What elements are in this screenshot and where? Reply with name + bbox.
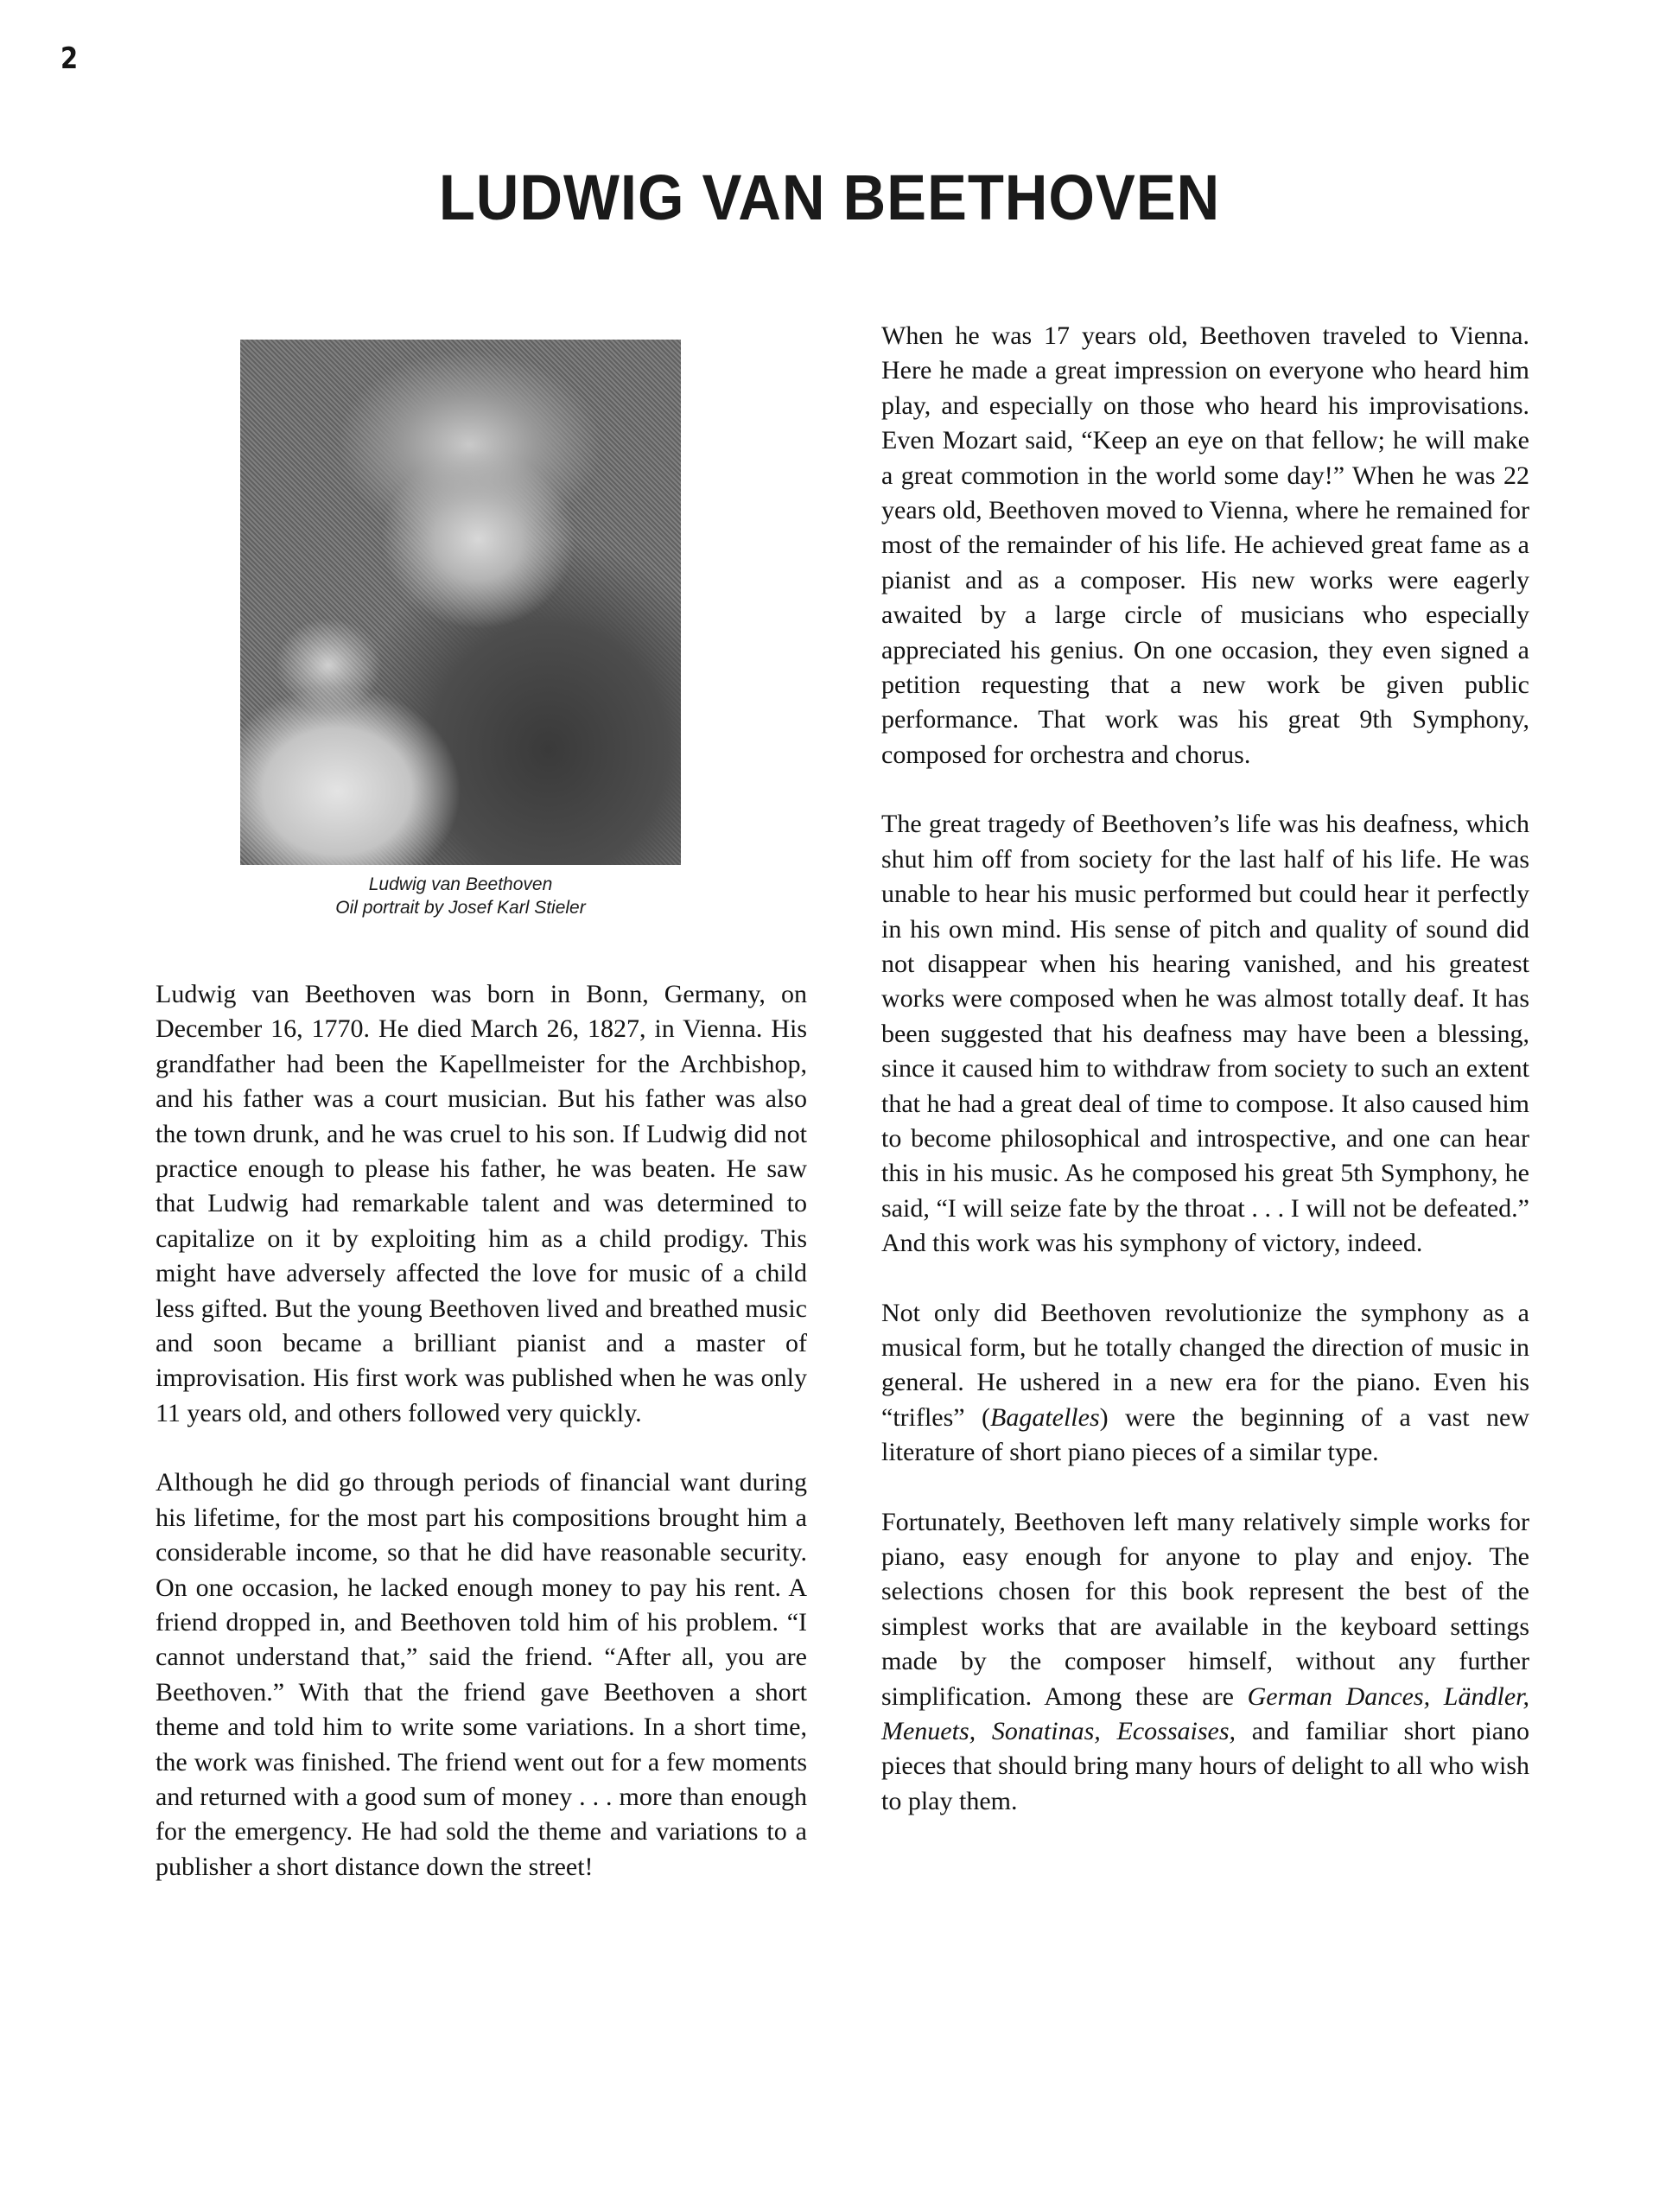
paragraph-birth-childhood: Ludwig van Beethoven was born in Bonn, G…	[156, 977, 807, 1431]
page-number: 2	[60, 41, 78, 76]
paragraph-revolution: Not only did Beethoven revolutionize the…	[881, 1296, 1529, 1471]
caption-credit: Oil portrait by Josef Karl Stieler	[240, 896, 681, 919]
paragraph-selections: Fortunately, Beethoven left many relativ…	[881, 1505, 1529, 1820]
left-column: Ludwig van Beethoven was born in Bonn, G…	[156, 977, 807, 1919]
italic-title-bagatelles: Bagatelles	[990, 1403, 1100, 1432]
paragraph-finances-anecdote: Although he did go through periods of fi…	[156, 1465, 807, 1885]
text-run: Fortunately, Beethoven left many relativ…	[881, 1508, 1529, 1711]
right-column: When he was 17 years old, Beethoven trav…	[881, 319, 1529, 1853]
portrait-caption: Ludwig van Beethoven Oil portrait by Jos…	[240, 873, 681, 919]
page-title: LUDWIG VAN BEETHOVEN	[58, 161, 1601, 234]
beethoven-portrait-image	[240, 340, 681, 865]
paragraph-deafness: The great tragedy of Beethoven’s life wa…	[881, 807, 1529, 1261]
caption-subject: Ludwig van Beethoven	[240, 873, 681, 896]
paragraph-vienna: When he was 17 years old, Beethoven trav…	[881, 319, 1529, 772]
